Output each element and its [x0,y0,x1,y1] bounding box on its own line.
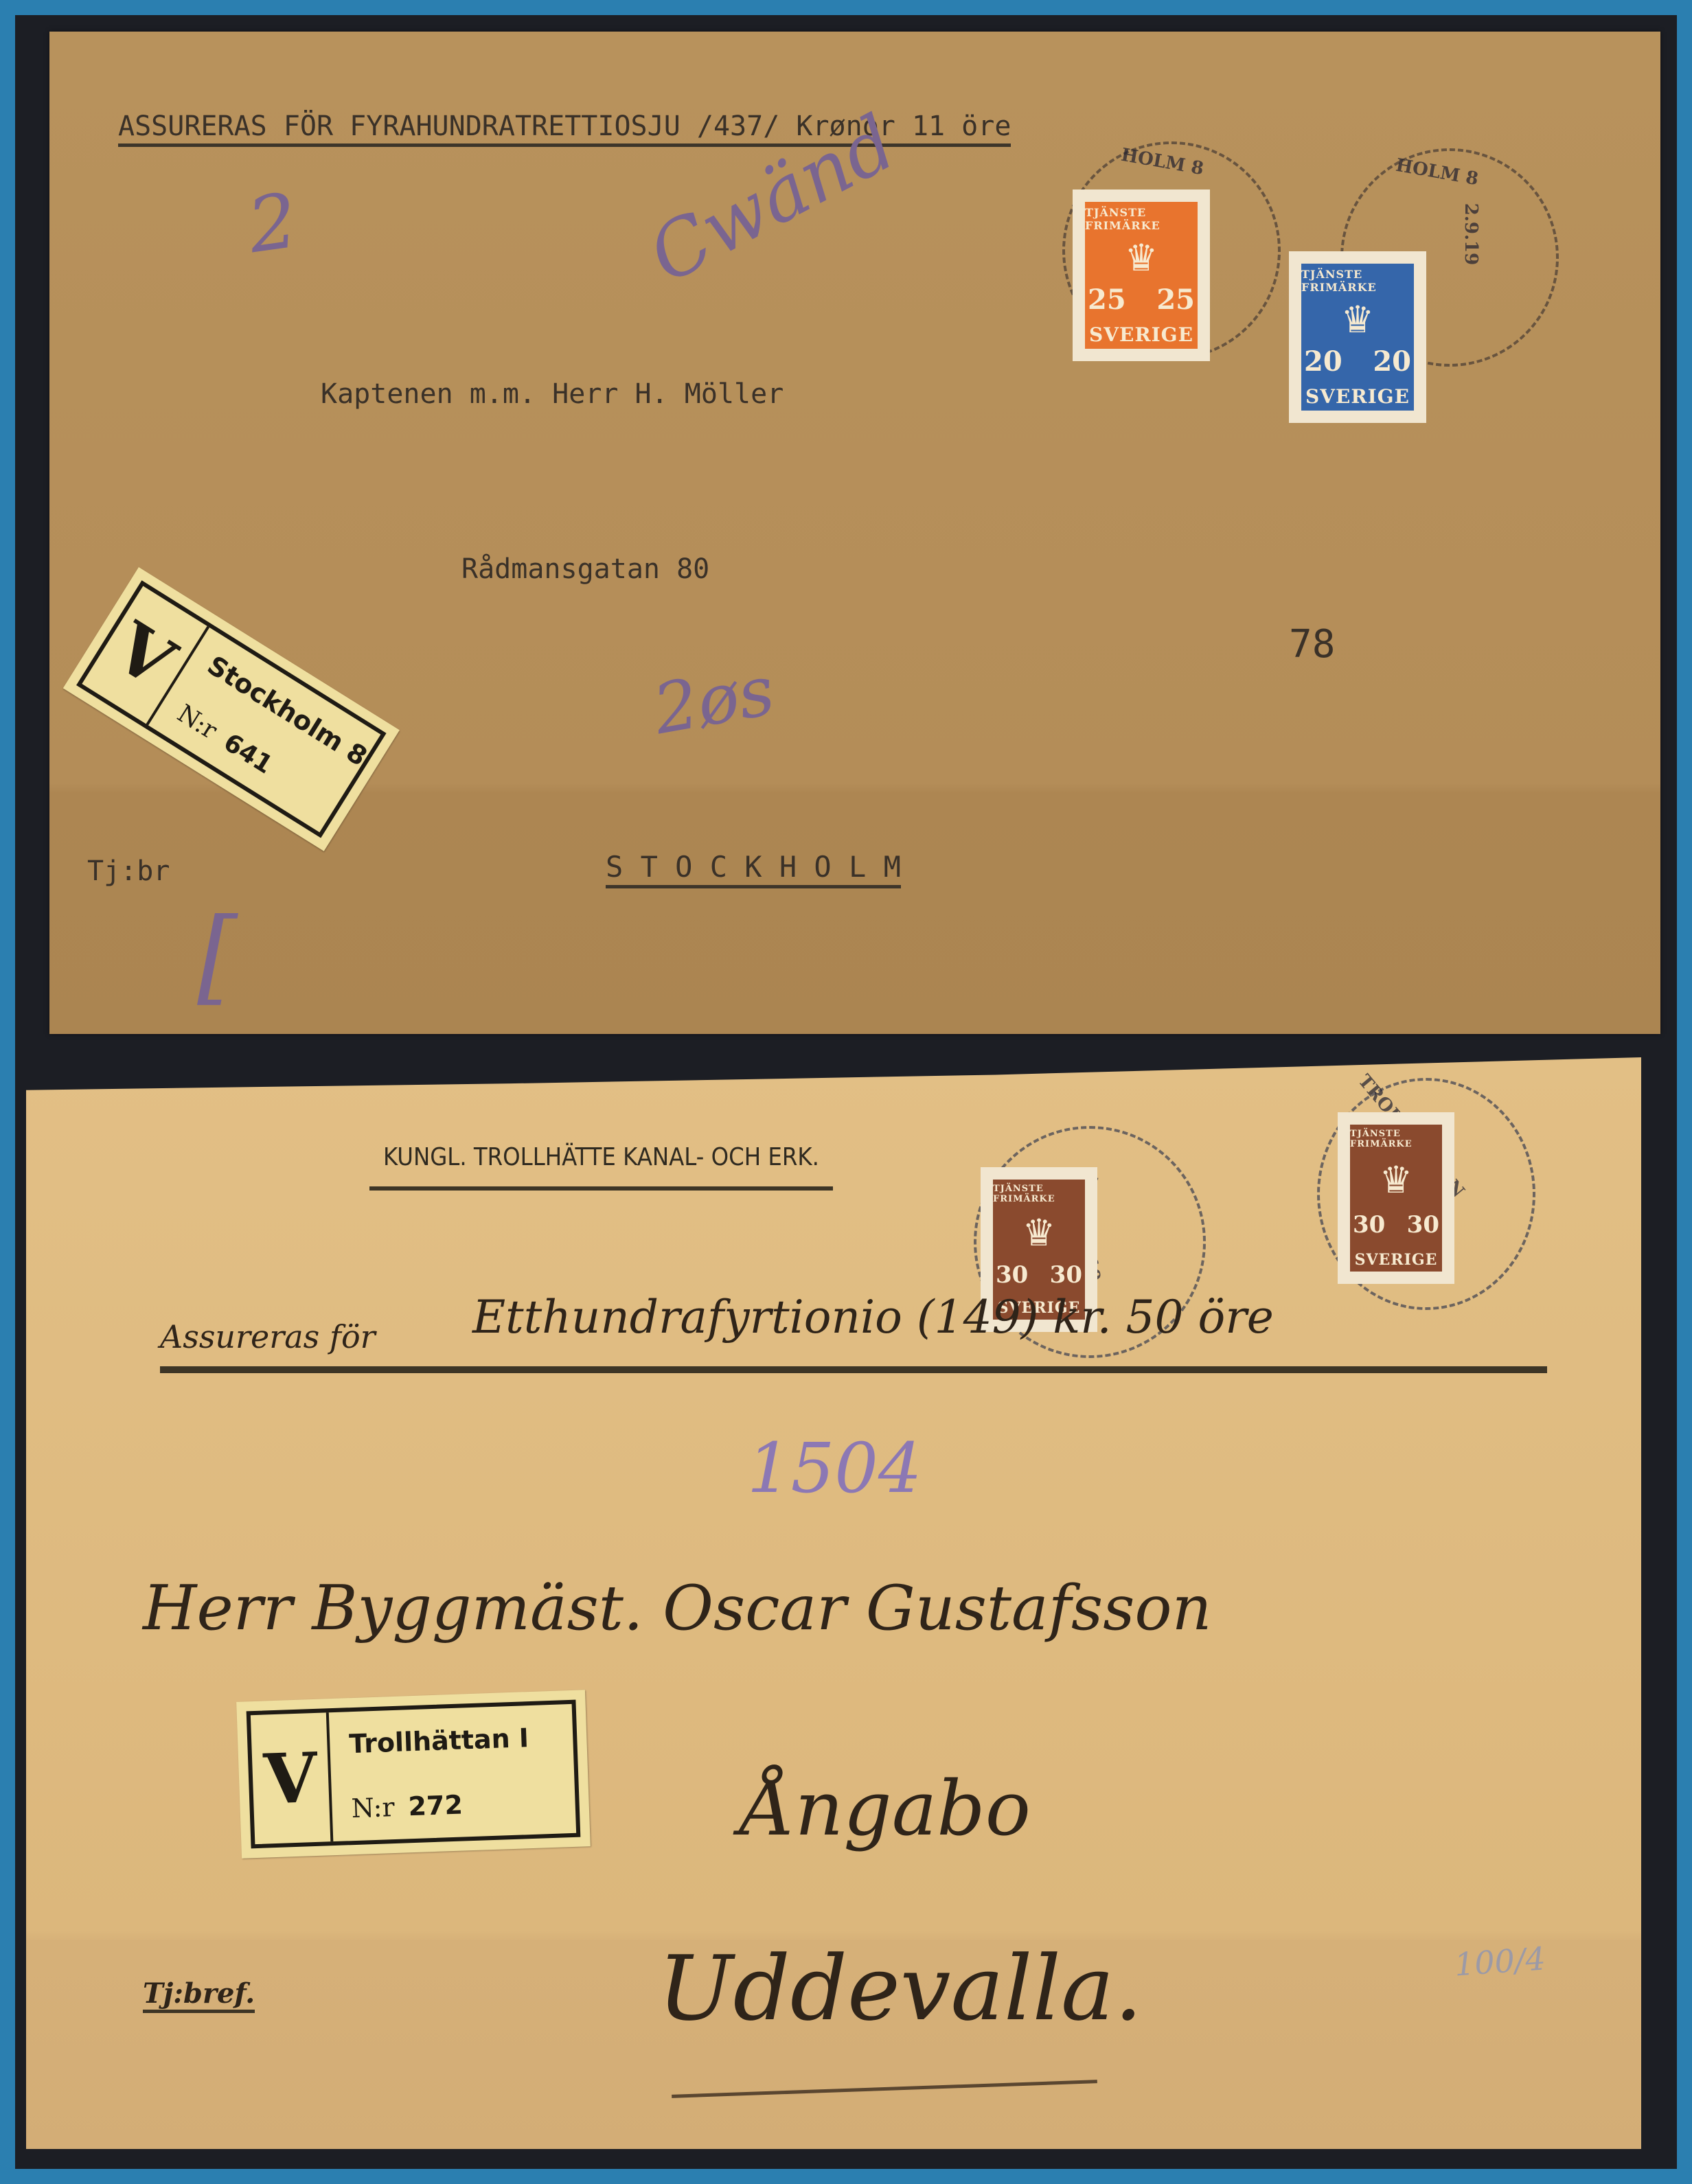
pencil-amount: 2øs [648,650,780,750]
crown-crest-icon: ♛ [1380,1162,1413,1199]
envelope-stockholm: ASSURERAS FÖR FYRAHUNDRATRETTIOSJU /437/… [49,32,1660,1034]
insurance-prefix: Assureras för [160,1318,376,1355]
pencil-number: 1504 [747,1428,922,1508]
stamp-30-ore: TJÄNSTE FRIMÄRKE ♛ 3030 SVERIGE [1338,1112,1454,1284]
registration-office: Trollhättan I [349,1721,573,1759]
stamp-value: 3030 [993,1261,1085,1289]
recipient-line: Kaptenen m.m. Herr H. Möller [321,378,784,410]
stamp-inscription: TJÄNSTE FRIMÄRKE [1085,206,1198,232]
stamp-value: 2020 [1301,345,1414,378]
city-line: Uddevalla. [658,1936,1143,2041]
registration-v: V [251,1712,333,1844]
registration-label: V Trollhättan I N:r272 [236,1690,591,1859]
stamp-country: SVERIGE [1355,1251,1438,1269]
service-mark: Tj:br [87,855,170,887]
stamp-country: SVERIGE [1305,385,1410,408]
pencil-note: 100/4 [1453,1940,1546,1983]
city-line: S T O C K H O L M [606,850,901,888]
stamp-20-ore: TJÄNSTE FRIMÄRKE ♛ 2020 SVERIGE [1289,251,1426,423]
crown-crest-icon: ♛ [1341,301,1374,338]
stamp-country: SVERIGE [1089,323,1193,346]
pencil-numeral: 2 [242,176,302,270]
stamp-inscription: TJÄNSTE FRIMÄRKE [1350,1129,1442,1149]
postmark-date: 2.9.19 [1461,203,1481,265]
stamp-value: 2525 [1085,284,1198,316]
recipient-line: Herr Byggmäst. Oscar Gustafsson [143,1572,1212,1644]
insurance-underline [160,1366,1547,1373]
stamp-25-ore: TJÄNSTE FRIMÄRKE ♛ 2525 SVERIGE [1073,189,1210,361]
registration-number: N:r272 [351,1786,575,1824]
crown-crest-icon: ♛ [1125,240,1158,277]
crown-crest-icon: ♛ [1022,1215,1055,1252]
letterhead: KUNGL. TROLLHÄTTE KANAL- OCH ERK. [369,1143,833,1191]
city-underline [672,2080,1097,2098]
street-line: Rådmansgatan 80 [461,553,709,585]
pencil-bracket: [ [197,897,238,1016]
registration-label: V Stockholm 8 N:r641 [63,567,400,851]
envelope-trollhattan: KUNGL. TROLLHÄTTE KANAL- OCH ERK. TROLLH… [26,1057,1641,2149]
insurance-amount: Etthundrafyrtionio (149) kr. 50 öre [472,1291,1274,1344]
stamp-inscription: TJÄNSTE FRIMÄRKE [1301,268,1414,294]
stamp-value: 3030 [1350,1211,1442,1239]
stamp-inscription: TJÄNSTE FRIMÄRKE [993,1184,1085,1204]
service-mark: Tj:bref. [143,1977,255,2013]
side-number: 78 [1289,622,1335,667]
locality-line: Ångabo [740,1765,1031,1852]
